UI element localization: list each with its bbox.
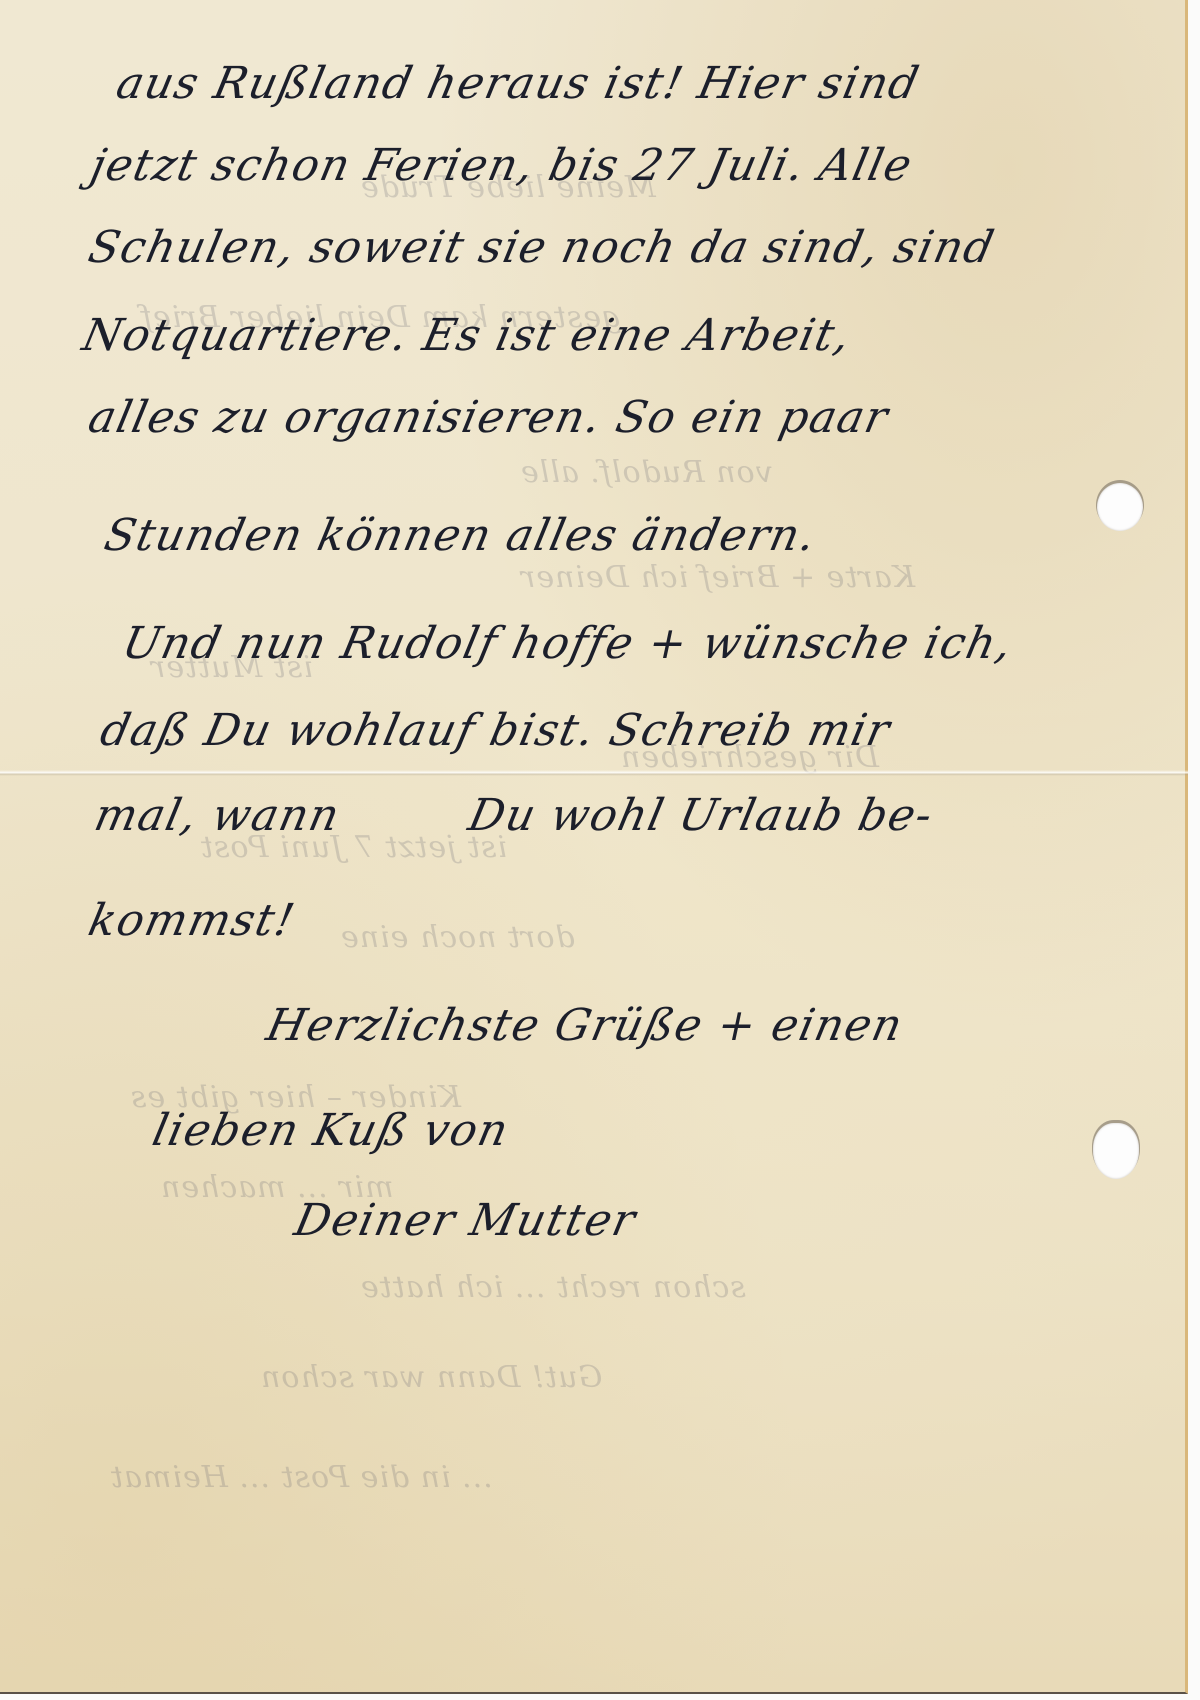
letter-line-9-start: mal, wann <box>90 790 345 841</box>
letter-line-4: Notquartiere. Es ist eine Arbeit, <box>78 310 856 361</box>
punch-hole-upper <box>1097 483 1143 531</box>
letter-line-3: Schulen, soweit sie noch da sind, sind <box>84 222 999 273</box>
closing-greeting: Herzlichste Grüße + einen <box>262 1000 908 1051</box>
fold-crease <box>0 770 1188 776</box>
letter-line-9-end: Du wohl Urlaub be- <box>464 790 938 841</box>
letter-line-7: Und nun Rudolf hoffe + wünsche ich, <box>118 618 1018 669</box>
bleed-through-line: Gut! Dann war schon <box>260 1360 602 1395</box>
closing-kiss: lieben Kuß von <box>148 1105 514 1156</box>
signature: Deiner Mutter <box>290 1195 641 1246</box>
letter-line-1: aus Rußland heraus ist! Hier sind <box>112 58 924 109</box>
bleed-through-line: Karte + Brief ich Deiner <box>520 560 915 595</box>
bleed-through-line: von Rudolf. alle <box>520 455 773 490</box>
punch-hole-lower <box>1093 1123 1139 1179</box>
letter-line-6: Stunden können alles ändern. <box>100 510 821 561</box>
bleed-through-line: ... in die Post ... Heimat <box>110 1460 493 1495</box>
bleed-through-line: schon recht ... ich hatte <box>360 1270 746 1305</box>
bleed-through-line: dort noch eine <box>340 920 575 955</box>
letter-line-5: alles zu organisieren. So ein paar <box>84 392 893 443</box>
letter-line-10: kommst! <box>84 895 300 946</box>
letter-page: Meine liebe Trude gestern kam Dein liebe… <box>0 0 1188 1694</box>
letter-line-2: jetzt schon Ferien, bis 27 Juli. Alle <box>86 140 917 191</box>
letter-line-8: daß Du wohlauf bist. Schreib mir <box>96 705 895 756</box>
letter-line-9: mal, wannDu wohl Urlaub be- <box>90 790 938 841</box>
